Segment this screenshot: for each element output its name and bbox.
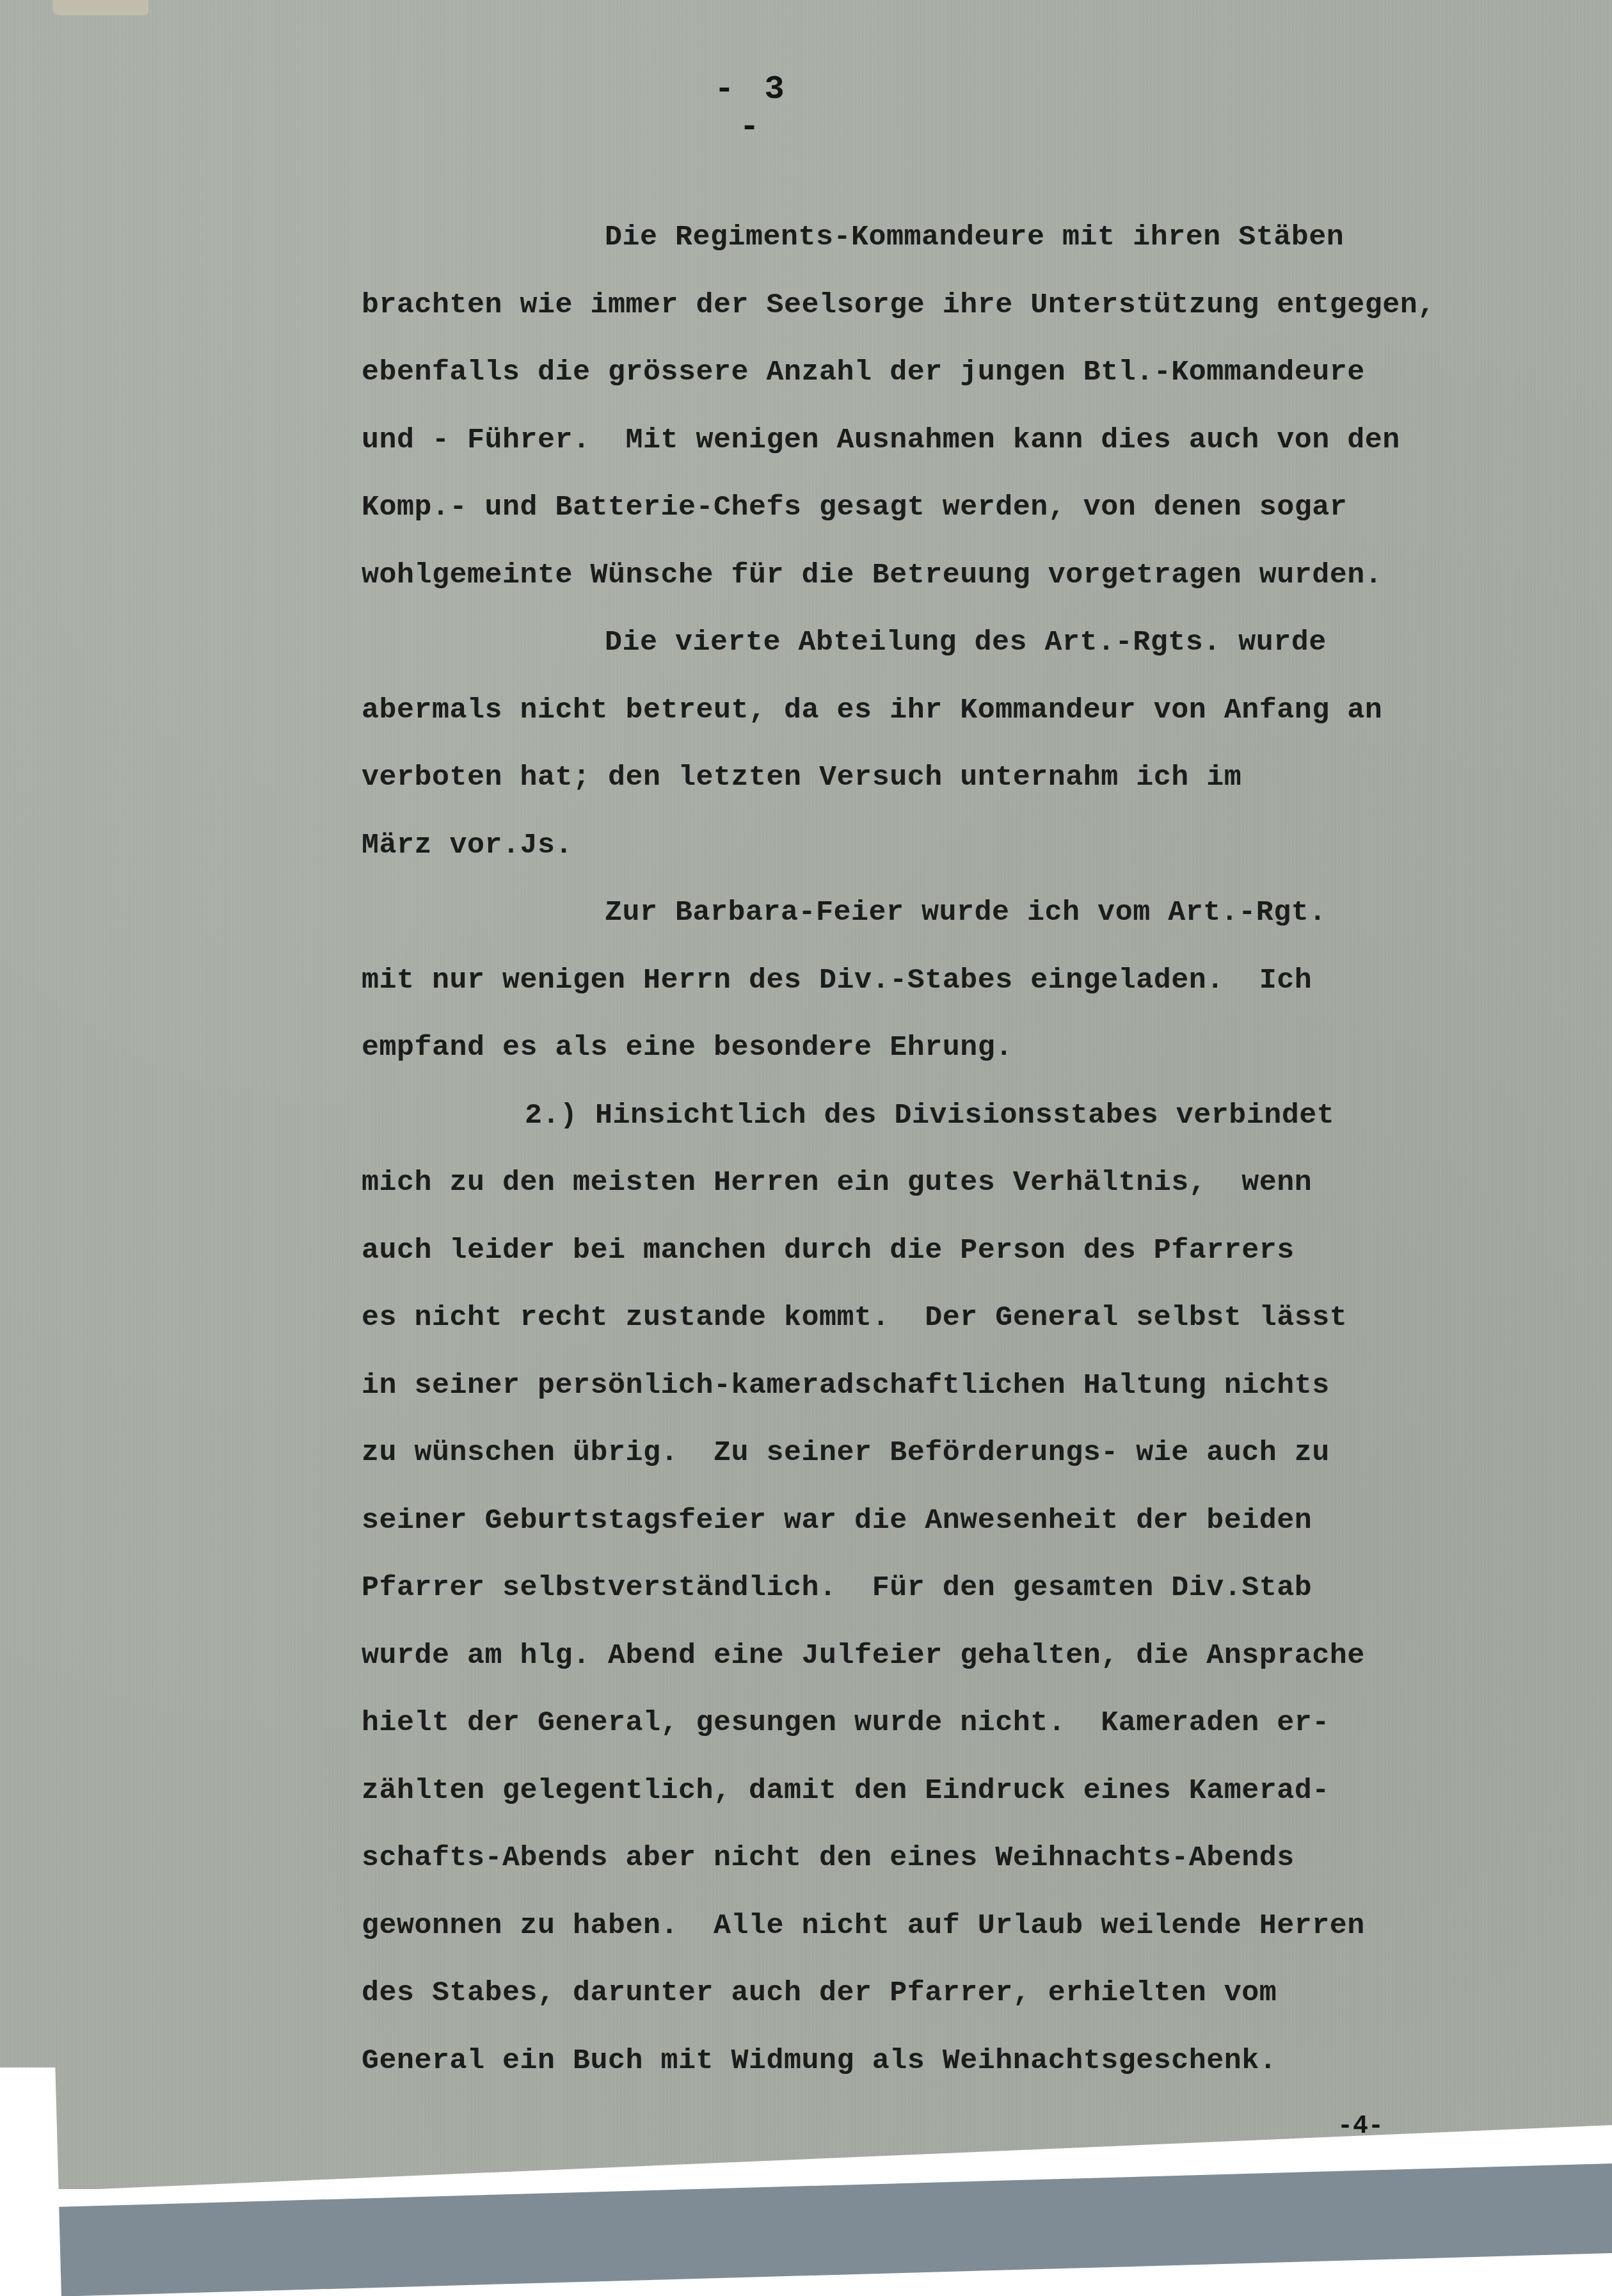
text-line: Komp.- und Batterie-Chefs gesagt werden,… xyxy=(362,474,1577,542)
text-line: Die Regiments-Kommandeure mit ihren Stäb… xyxy=(362,204,1577,271)
catchword-next-page: -4- xyxy=(1337,2112,1384,2141)
text-line: ebenfalls die grössere Anzahl der jungen… xyxy=(362,339,1577,406)
text-line: auch leider bei manchen durch die Person… xyxy=(362,1217,1577,1285)
text-line: des Stabes, darunter auch der Pfarrer, e… xyxy=(362,1959,1577,2027)
text-line: abermals nicht betreut, da es ihr Komman… xyxy=(362,677,1577,744)
text-line: zu wünschen übrig. Zu seiner Beförderung… xyxy=(362,1419,1577,1487)
text-line: und - Führer. Mit wenigen Ausnahmen kann… xyxy=(362,406,1577,474)
text-line: verboten hat; den letzten Versuch untern… xyxy=(362,744,1577,812)
text-line: brachten wie immer der Seelsorge ihre Un… xyxy=(362,271,1577,339)
text-line: in seiner persönlich-kameradschaftlichen… xyxy=(362,1352,1577,1420)
text-line: empfand es als eine besondere Ehrung. xyxy=(362,1014,1577,1082)
text-line: Pfarrer selbstverständlich. Für den gesa… xyxy=(362,1554,1577,1622)
text-line: es nicht recht zustande kommt. Der Gener… xyxy=(362,1284,1577,1352)
text-line: General ein Buch mit Widmung als Weihnac… xyxy=(362,2027,1577,2095)
backing-strip xyxy=(0,2164,1612,2296)
document-page: - 3 - Die Regiments-Kommandeure mit ihre… xyxy=(0,0,1612,2189)
text-line: mit nur wenigen Herrn des Div.-Stabes ei… xyxy=(362,947,1577,1015)
text-line: wohlgemeinte Wünsche für die Betreuung v… xyxy=(362,542,1577,609)
text-line: 2.) Hinsichtlich des Divisionsstabes ver… xyxy=(362,1082,1577,1150)
typewritten-body: Die Regiments-Kommandeure mit ihren Stäb… xyxy=(362,204,1577,2094)
text-line: zählten gelegentlich, damit den Eindruck… xyxy=(362,1757,1577,1825)
text-line: wurde am hlg. Abend eine Julfeier gehalt… xyxy=(362,1622,1577,1690)
text-line: mich zu den meisten Herren ein gutes Ver… xyxy=(362,1149,1577,1217)
text-line: Die vierte Abteilung des Art.-Rgts. wurd… xyxy=(362,609,1577,677)
scan-margin xyxy=(0,2067,61,2296)
tape-residue xyxy=(52,0,148,15)
text-line: schafts-Abends aber nicht den eines Weih… xyxy=(362,1824,1577,1892)
text-line: Zur Barbara-Feier wurde ich vom Art.-Rgt… xyxy=(362,879,1577,947)
text-line: seiner Geburtstagsfeier war die Anwesenh… xyxy=(362,1487,1577,1555)
page-number: - 3 - xyxy=(704,70,800,146)
text-line: hielt der General, gesungen wurde nicht.… xyxy=(362,1689,1577,1757)
text-line: März vor.Js. xyxy=(362,812,1577,879)
text-line: gewonnen zu haben. Alle nicht auf Urlaub… xyxy=(362,1892,1577,1960)
